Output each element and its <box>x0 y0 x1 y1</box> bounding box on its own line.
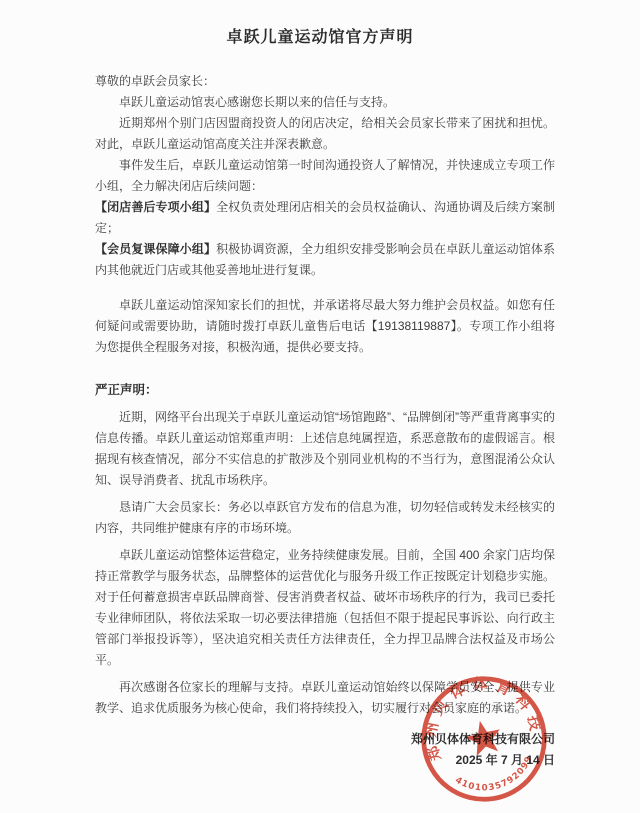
statement-heading: 严正声明： <box>95 380 555 401</box>
statement-paragraph-2: 恳请广大会员家长：务必以卓跃官方发布的信息为准，切勿轻信或转发未经核实的内容，共… <box>95 497 555 539</box>
task-group-resume: 【会员复课保障小组】积极协调资源，全力组织安排受影响会员在卓跃儿童运动馆体系内其… <box>95 239 555 281</box>
signature-block: 郑州贝体体育科技有限公司 2025 年 7 月 14 日 <box>95 729 555 771</box>
task-group-closure-name: 【闭店善后专项小组】 <box>95 200 216 214</box>
statement-paragraph-3: 卓跃儿童运动馆整体运营稳定，业务持续健康发展。目前，全国 400 余家门店均保持… <box>95 545 555 671</box>
commitment-paragraph: 卓跃儿童运动馆深知家长们的担忧，并承诺将尽最大努力维护会员权益。如您有任何疑问或… <box>95 295 555 358</box>
signature-date: 2025 年 7 月 14 日 <box>95 750 555 771</box>
task-group-closure: 【闭店善后专项小组】全权负责处理闭店相关的会员权益确认、沟通协调及后续方案制定； <box>95 197 555 239</box>
signature-company: 郑州贝体体育科技有限公司 <box>95 729 555 750</box>
intro-paragraph-3: 事件发生后，卓跃儿童运动馆第一时间沟通投资人了解情况，并快速成立专项工作小组，全… <box>95 155 555 197</box>
intro-paragraph-2: 近期郑州个别门店因盟商投资人的闭店决定，给相关会员家长带来了困扰和担忧。对此，卓… <box>95 113 555 155</box>
document-body: 尊敬的卓跃会员家长： 卓跃儿童运动馆衷心感谢您长期以来的信任与支持。 近期郑州个… <box>0 47 640 771</box>
page-title: 卓跃儿童运动馆官方声明 <box>0 24 640 47</box>
statement-document-page: 卓跃儿童运动馆官方声明 尊敬的卓跃会员家长： 卓跃儿童运动馆衷心感谢您长期以来的… <box>0 0 640 813</box>
statement-paragraph-4: 再次感谢各位家长的理解与支持。卓跃儿童运动馆始终以保障学员安全、提供专业教学、追… <box>95 677 555 719</box>
task-group-resume-name: 【会员复课保障小组】 <box>95 242 216 256</box>
salutation: 尊敬的卓跃会员家长： <box>95 71 555 92</box>
statement-paragraph-1: 近期，网络平台出现关于卓跃儿童运动馆“场馆跑路”、“品牌倒闭”等严重背离事实的信… <box>95 407 555 491</box>
intro-paragraph-1: 卓跃儿童运动馆衷心感谢您长期以来的信任与支持。 <box>95 92 555 113</box>
